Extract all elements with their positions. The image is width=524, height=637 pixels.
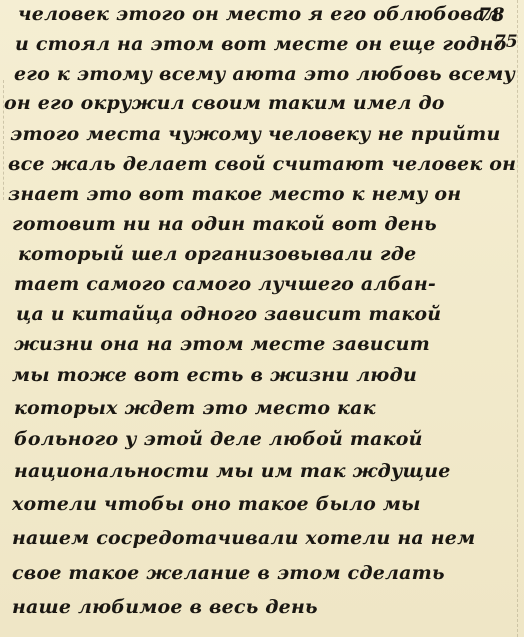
text-line: он его окружил своим таким имел до	[4, 92, 445, 126]
text-line: который шел организовывали где	[18, 243, 416, 277]
text-line: хотели чтобы оно такое было мы	[12, 493, 421, 527]
text-line: которых ждет это место как	[14, 397, 376, 431]
text-line: готовит ни на один такой вот день	[12, 213, 437, 247]
page-edge-line	[517, 0, 518, 637]
text-line: все жаль делает свой считают человек он	[8, 153, 516, 187]
text-line: жизни она на этом месте зависит	[14, 333, 430, 367]
text-line: мы тоже вот есть в жизни люди	[12, 364, 417, 398]
text-line: национальности мы им так ждущие	[14, 460, 451, 494]
text-line: человек этого он место я его облюбовал	[18, 3, 499, 37]
text-line: тает самого самого лучшего албан-	[14, 273, 436, 307]
text-line: наше любимое в весь день	[12, 596, 318, 630]
manuscript-page: 78 75 человек этого он место я его облюб…	[0, 0, 524, 637]
text-line: знает это вот такое место к нему он	[8, 183, 461, 217]
text-line: нашем сосредотачивали хотели на нем	[12, 527, 475, 561]
text-line: и стоял на этом вот месте он еще годно	[15, 33, 506, 67]
text-line: ца и китайца одного зависит такой	[16, 303, 441, 337]
text-line: больного у этой деле любой такой	[14, 428, 423, 462]
text-line: этого места чужому человеку не прийти	[10, 123, 500, 157]
text-line: свое такое желание в этом сделать	[12, 562, 445, 596]
